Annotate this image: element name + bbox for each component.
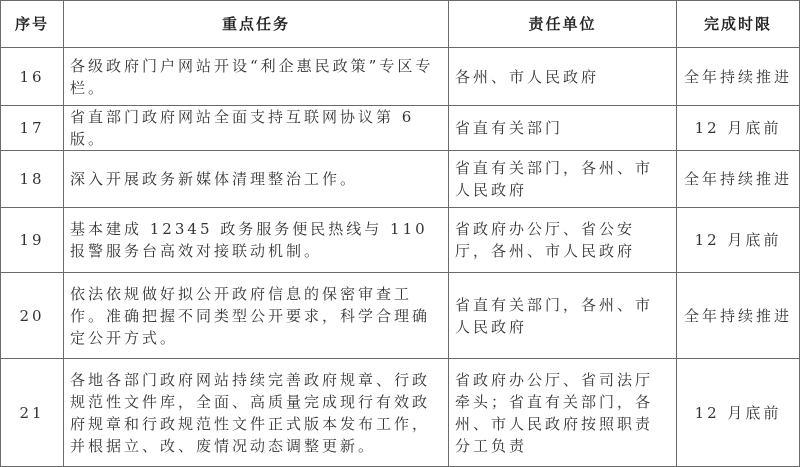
row-number: 16: [1, 48, 64, 106]
table-row: 21 各地各部门政府网站持续完善政府规章、行政规范性文件库，全面、高质量完成现行…: [1, 359, 800, 467]
header-row: 序号 重点任务 责任单位 完成时限: [1, 1, 800, 48]
row-task: 深入开展政务新媒体清理整治工作。: [64, 151, 449, 208]
row-unit: 省直有关部门: [449, 106, 677, 151]
row-number: 17: [1, 106, 64, 151]
table-row: 16 各级政府门户网站开设“利企惠民政策”专区专栏。 各州、市人民政府 全年持续…: [1, 48, 800, 106]
header-task: 重点任务: [64, 1, 449, 48]
row-task: 依法依规做好拟公开政府信息的保密审查工作。准确把握不同类型公开要求，科学合理确定…: [64, 273, 449, 359]
row-number: 18: [1, 151, 64, 208]
row-task: 各地各部门政府网站持续完善政府规章、行政规范性文件库，全面、高质量完成现行有效政…: [64, 359, 449, 467]
row-deadline: 12 月底前: [677, 106, 800, 151]
row-deadline: 全年持续推进: [677, 48, 800, 106]
table-row: 19 基本建成 12345 政务服务便民热线与 110 报警服务台高效对接联动机…: [1, 208, 800, 273]
row-unit: 省直有关部门，各州、市人民政府: [449, 151, 677, 208]
table-row: 17 省直部门政府网站全面支持互联网协议第 6 版。 省直有关部门 12 月底前: [1, 106, 800, 151]
row-number: 20: [1, 273, 64, 359]
header-responsible-unit: 责任单位: [449, 1, 677, 48]
row-deadline: 全年持续推进: [677, 273, 800, 359]
header-deadline: 完成时限: [677, 1, 800, 48]
row-number: 19: [1, 208, 64, 273]
table-row: 20 依法依规做好拟公开政府信息的保密审查工作。准确把握不同类型公开要求，科学合…: [1, 273, 800, 359]
row-number: 21: [1, 359, 64, 467]
table-row: 18 深入开展政务新媒体清理整治工作。 省直有关部门，各州、市人民政府 全年持续…: [1, 151, 800, 208]
row-unit: 省政府办公厅、省公安厅，各州、市人民政府: [449, 208, 677, 273]
header-number: 序号: [1, 1, 64, 48]
row-task: 省直部门政府网站全面支持互联网协议第 6 版。: [64, 106, 449, 151]
task-table: 序号 重点任务 责任单位 完成时限 16 各级政府门户网站开设“利企惠民政策”专…: [0, 0, 800, 467]
row-task: 各级政府门户网站开设“利企惠民政策”专区专栏。: [64, 48, 449, 106]
row-unit: 省直有关部门，各州、市人民政府: [449, 273, 677, 359]
row-task: 基本建成 12345 政务服务便民热线与 110 报警服务台高效对接联动机制。: [64, 208, 449, 273]
row-unit: 各州、市人民政府: [449, 48, 677, 106]
row-deadline: 12 月底前: [677, 359, 800, 467]
row-deadline: 12 月底前: [677, 208, 800, 273]
row-deadline: 全年持续推进: [677, 151, 800, 208]
row-unit: 省政府办公厅、省司法厅牵头；省直有关部门，各州、市人民政府按照职责分工负责: [449, 359, 677, 467]
